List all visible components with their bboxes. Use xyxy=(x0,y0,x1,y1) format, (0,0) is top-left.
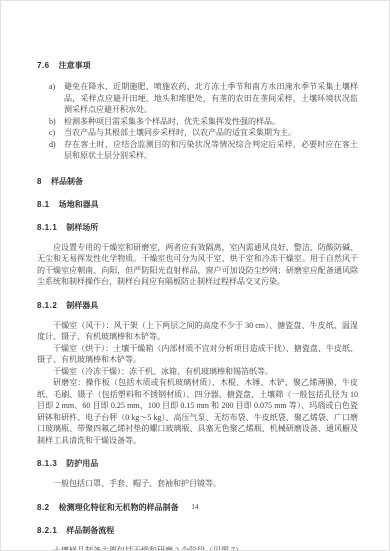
heading-title: 样品制备 xyxy=(51,177,83,186)
heading-title: 防护用品 xyxy=(66,459,98,468)
list-item-text: 检测多种项目需采集多个样品时，优先采集挥发性强的样品。 xyxy=(64,117,280,126)
paragraph-tools-grinding: 研磨室：操作板（包括木质或有机玻璃材质）、木棍、木锤、木铲、聚乙烯薄膜、牛皮纸、… xyxy=(37,377,358,446)
heading-8-1: 8.1场地和器具 xyxy=(37,200,358,210)
heading-number: 7.6 xyxy=(37,61,50,70)
heading-title: 注意事项 xyxy=(59,61,91,70)
page-number: 14 xyxy=(1,501,389,513)
heading-number: 8.1.1 xyxy=(37,223,57,232)
list-item-label: b) xyxy=(49,116,56,128)
paragraph-tools-freezedry: 干燥室（冷冻干燥）：冻干机、冰箱、有机玻璃棒和锡箔纸等。 xyxy=(37,366,358,378)
heading-number: 8 xyxy=(37,177,42,186)
notes-list: a) 避免在降水、近期施肥、喷施农药、北方冻土季节和南方水田淹水季节采集土壤样品… xyxy=(49,81,358,162)
heading-number: 8.1.2 xyxy=(37,301,57,310)
heading-8-1-1: 8.1.1制样场所 xyxy=(37,223,358,233)
list-item-label: a) xyxy=(49,81,55,93)
heading-title: 制样场所 xyxy=(66,223,98,232)
list-item: d) 存在客土时，应结合监测目的和污染状况等情况综合判定后采样，必要时应在客土层… xyxy=(49,139,358,162)
paragraph-tools-ovendry: 干燥室（烘干）：土壤干燥箱（内部材质不宜对分析项目造成干扰）、搪瓷盘、牛皮纸、镊… xyxy=(37,343,358,366)
list-item-text: 存在客土时，应结合监测目的和污染状况等情况综合判定后采样，必要时应在客土层和原状… xyxy=(64,140,358,161)
list-item-text: 避免在降水、近期施肥、喷施农药、北方冻土季节和南方水田淹水季节采集土壤样品，采样… xyxy=(64,82,358,114)
paragraph-protective: 一般包括口罩、手套、帽子、套袖和护目镜等。 xyxy=(37,478,358,490)
document-page: 7.6注意事项 a) 避免在降水、近期施肥、喷施农药、北方冻土季节和南方水田淹水… xyxy=(0,0,390,551)
heading-8-2-1: 8.2.1样品制备流程 xyxy=(37,526,358,536)
paragraph-prep-site: 应设置专用的干燥室和研磨室，两者应有效隔离，室内需通风良好、整洁、防酸防碱、无尘… xyxy=(37,242,358,288)
paragraph-tools-airdry: 干燥室（风干）：风干架（上下两层之间的高度不少于 30 cm）、搪瓷盘、牛皮纸、… xyxy=(37,320,358,343)
heading-title: 场地和器具 xyxy=(59,200,99,209)
heading-8: 8样品制备 xyxy=(37,177,358,187)
heading-number: 8.2.1 xyxy=(37,526,57,535)
heading-number: 8.1 xyxy=(37,200,50,209)
heading-8-1-3: 8.1.3防护用品 xyxy=(37,459,358,469)
list-item-label: d) xyxy=(49,139,56,151)
list-item: c) 当农产品与其根部土壤同步采样时，以农产品的适宜采集期为主。 xyxy=(49,127,358,139)
list-item-label: c) xyxy=(49,127,55,139)
heading-7-6: 7.6注意事项 xyxy=(37,61,358,71)
paragraph-flow: 土壤样品制备主要包括干燥和研磨 2 个阶段（见图 7）。 xyxy=(37,545,358,551)
heading-title: 制样器具 xyxy=(66,301,98,310)
list-item: a) 避免在降水、近期施肥、喷施农药、北方冻土季节和南方水田淹水季节采集土壤样品… xyxy=(49,81,358,116)
heading-number: 8.1.3 xyxy=(37,459,57,468)
heading-title: 样品制备流程 xyxy=(66,526,114,535)
list-item: b) 检测多种项目需采集多个样品时，优先采集挥发性强的样品。 xyxy=(49,116,358,128)
heading-8-1-2: 8.1.2制样器具 xyxy=(37,301,358,311)
list-item-text: 当农产品与其根部土壤同步采样时，以农产品的适宜采集期为主。 xyxy=(64,128,296,137)
page-content: 7.6注意事项 a) 避免在降水、近期施肥、喷施农药、北方冻土季节和南方水田淹水… xyxy=(1,1,389,551)
